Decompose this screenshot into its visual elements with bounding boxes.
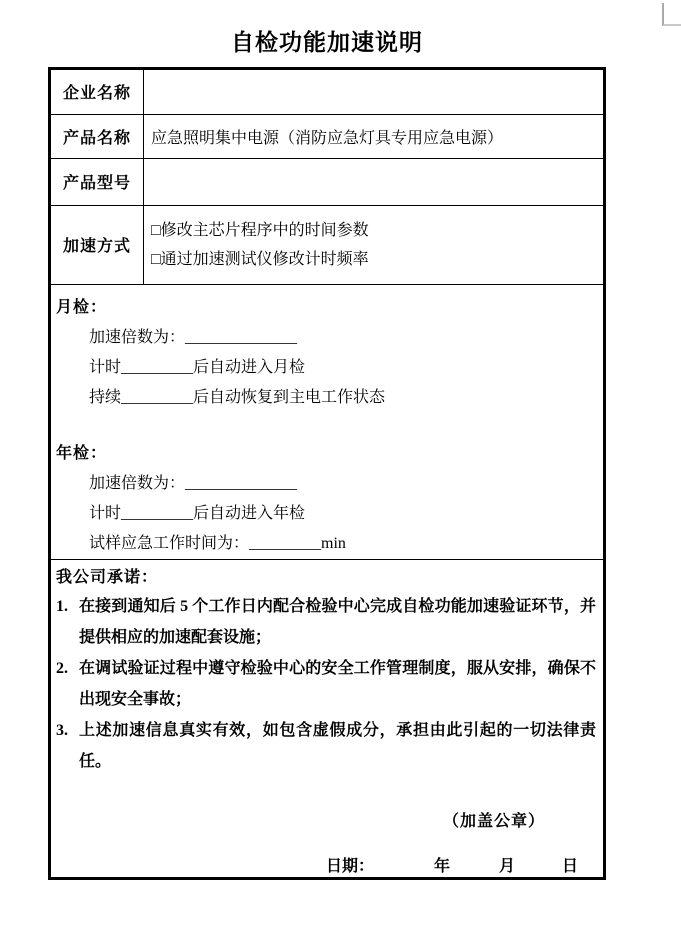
monthly-timing-line[interactable]: 计时_________后自动进入月检 [56,353,597,383]
acceleration-method-label: 加速方式 [51,206,144,284]
commitment-section: 我公司承诺： 1. 在接到通知后 5 个工作日内配合检验中心完成自检功能加速验证… [51,560,603,877]
monthly-multiplier-line[interactable]: 加速倍数为：______________ [56,323,597,353]
commitment-item-2: 2. 在调试验证过程中遵守检验中心的安全工作管理制度，服从安排，确保不出现安全事… [56,653,597,715]
product-name-label: 产品名称 [51,115,144,158]
monthly-check-heading: 月检： [56,293,597,323]
acceleration-option-2: □通过加速测试仪修改计时频率 [151,245,603,274]
date-day-label: 日 [562,857,578,877]
monthly-duration-line[interactable]: 持续_________后自动恢复到主电工作状态 [56,383,597,413]
item-number: 2. [56,653,79,715]
commitment-item-1: 1. 在接到通知后 5 个工作日内配合检验中心完成自检功能加速验证环节，并提供相… [56,591,597,653]
document-page: 自检功能加速说明 企业名称 产品名称 应急照明集中电源（消防应急灯具专用应急电源… [0,0,681,943]
inspection-section: 月检： 加速倍数为：______________ 计时_________后自动进… [51,285,603,560]
checkbox-icon[interactable]: □ [151,251,161,268]
annual-multiplier-line[interactable]: 加速倍数为：______________ [56,469,597,499]
table-row: 加速方式 □修改主芯片程序中的时间参数 □通过加速测试仪修改计时频率 [51,206,603,285]
commitment-item-2-text: 在调试验证过程中遵守检验中心的安全工作管理制度，服从安排，确保不出现安全事故； [79,653,597,715]
page-title: 自检功能加速说明 [48,26,606,60]
annual-check-heading: 年检： [56,439,597,469]
enterprise-name-field[interactable] [144,70,603,114]
annual-emergency-time-line[interactable]: 试样应急工作时间为：_________min [56,529,597,559]
table-row: 产品名称 应急照明集中电源（消防应急灯具专用应急电源） [51,115,603,159]
page-margin-corner-mark [662,3,681,26]
official-seal-note: （加盖公章） [56,813,597,831]
acceleration-option-2-label: 通过加速测试仪修改计时频率 [161,251,369,268]
checkbox-icon[interactable]: □ [151,222,161,239]
table-row: 企业名称 [51,70,603,115]
date-line: 日期： 年 月 日 [56,857,597,877]
commitment-heading: 我公司承诺： [56,565,597,591]
item-number: 3. [56,715,79,777]
date-label: 日期： [326,857,374,877]
annual-timing-line[interactable]: 计时_________后自动进入年检 [56,499,597,529]
acceleration-method-options: □修改主芯片程序中的时间参数 □通过加速测试仪修改计时频率 [144,206,603,284]
commitment-item-1-text: 在接到通知后 5 个工作日内配合检验中心完成自检功能加速验证环节，并提供相应的加… [79,591,597,653]
product-name-value: 应急照明集中电源（消防应急灯具专用应急电源） [144,115,603,158]
date-month-label: 月 [499,857,515,877]
table-row: 产品型号 [51,159,603,206]
enterprise-name-label: 企业名称 [51,70,144,114]
product-model-field[interactable] [144,159,603,205]
acceleration-option-1: □修改主芯片程序中的时间参数 [151,216,603,245]
commitment-item-3-text: 上述加速信息真实有效，如包含虚假成分，承担由此引起的一切法律责任。 [79,715,597,777]
date-year-label: 年 [434,857,450,877]
form-table: 企业名称 产品名称 应急照明集中电源（消防应急灯具专用应急电源） 产品型号 加速… [48,67,606,880]
product-model-label: 产品型号 [51,159,144,205]
acceleration-option-1-label: 修改主芯片程序中的时间参数 [161,222,369,239]
item-number: 1. [56,591,79,653]
commitment-item-3: 3. 上述加速信息真实有效，如包含虚假成分，承担由此引起的一切法律责任。 [56,715,597,777]
